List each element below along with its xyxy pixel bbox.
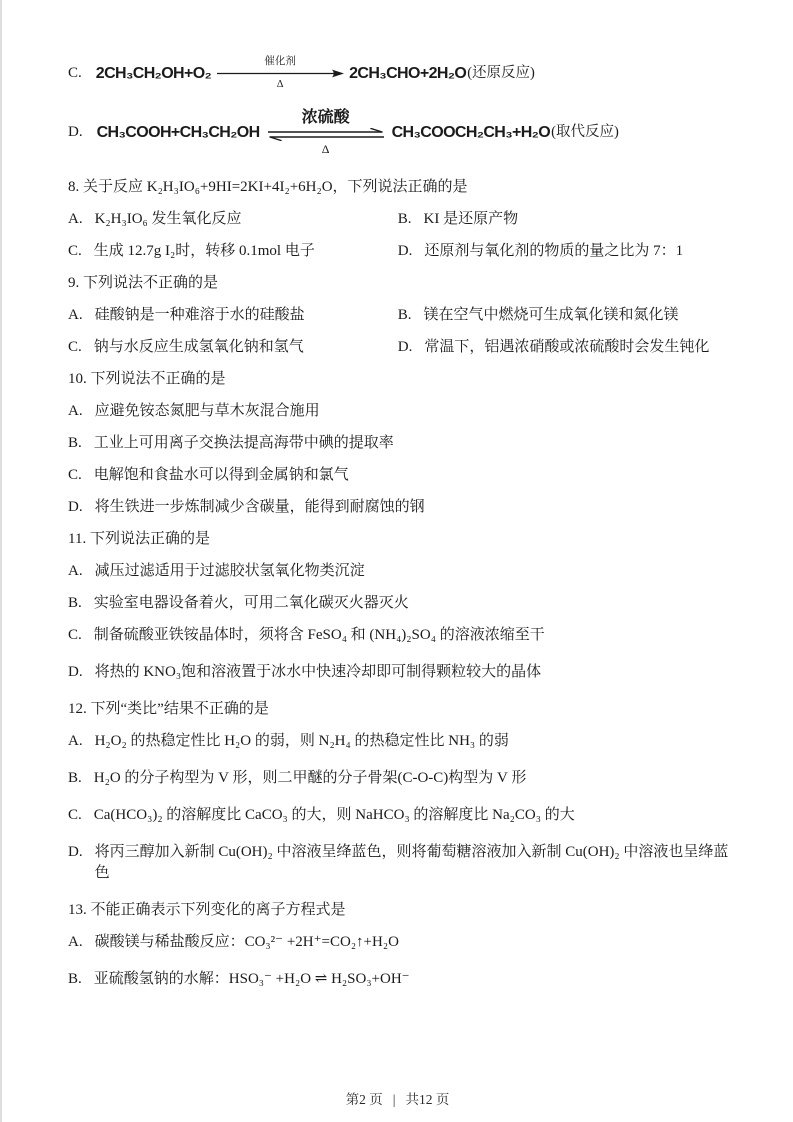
option-grid: A. K₂H₃IO₆ 发生氧化反应 B. KI 是还原产物 C. 生成 12.7… — [68, 209, 741, 273]
option-row: B. 实验室电器设备着火，可用二氧化碳灭火器灭火 — [68, 593, 741, 614]
forward-arrow-icon — [216, 69, 344, 78]
page-number: 第2 页 — [346, 1092, 383, 1107]
option-row: B. 工业上可用离子交换法提高海带中碘的提取率 — [68, 433, 741, 454]
option-row: C. Ca(HCO₃)₂ 的溶解度比 CaCO₃ 的大，则 NaHCO₃ 的溶解… — [68, 805, 741, 826]
option-text: 还原剂与氧化剂的物质的量之比为 7：1 — [424, 241, 741, 262]
option-label: A. — [68, 731, 83, 752]
option-label: D. — [398, 241, 413, 262]
option-label: B. — [68, 433, 82, 454]
option-label: D. — [68, 122, 83, 143]
option-row: B. H₂O 的分子构型为 V 形，则二甲醚的分子骨架(C-O-C)构型为 V … — [68, 768, 741, 789]
option-label: A. — [68, 561, 83, 582]
page-footer: 第2 页|共12 页 — [2, 1088, 793, 1108]
question-stem: 12. 下列“类比”结果不正确的是 — [68, 699, 741, 720]
option-text: 碳酸镁与稀盐酸反应：CO₃²⁻ +2H⁺=CO₂↑+H₂O — [95, 932, 741, 953]
option-text: 镁在空气中燃烧可生成氧化镁和氮化镁 — [424, 305, 741, 326]
option-text: 将生铁进一步炼制减少含碳量，能得到耐腐蚀的钢 — [95, 497, 741, 518]
option-row: C. 制备硫酸亚铁铵晶体时，须将含 FeSO₄ 和 (NH₄)₂SO₄ 的溶液浓… — [68, 625, 741, 646]
question-stem: 9. 下列说法不正确的是 — [68, 273, 741, 294]
option-row: A. 减压过滤适用于过滤胶状氢氧化物类沉淀 — [68, 561, 741, 582]
option-text: 将热的 KNO₃饱和溶液置于冰水中快速冷却即可制得颗粒较大的晶体 — [95, 662, 741, 683]
option-label: D. — [68, 497, 83, 518]
option-label: A. — [68, 209, 83, 230]
question-13: 13. 不能正确表示下列变化的离子方程式是 A. 碳酸镁与稀盐酸反应：CO₃²⁻… — [68, 900, 741, 990]
option-row: B. KI 是还原产物 — [398, 209, 741, 230]
option-label: B. — [68, 969, 82, 990]
equation-left: CH₃COOH+CH₃CH₂OH — [97, 122, 260, 143]
option-label: D. — [68, 662, 83, 683]
question-12: 12. 下列“类比”结果不正确的是 A. H₂O₂ 的热稳定性比 H₂O 的弱，… — [68, 699, 741, 884]
question-stem: 8. 关于反应 K₂H₃IO₆+9HI=2KI+4I₂+6H₂O，下列说法正确的… — [68, 177, 741, 198]
option-text: KI 是还原产物 — [424, 209, 741, 230]
equation-option-c: C. 2CH₃CH₂OH+O₂ 催化剂 Δ 2CH₃CHO+2H₂O (还原反应… — [68, 56, 741, 91]
option-text: 减压过滤适用于过滤胶状氢氧化物类沉淀 — [95, 561, 741, 582]
option-text: 亚硫酸氢钠的水解：HSO₃⁻ +H₂O ⇌ H₂SO₃+OH⁻ — [94, 969, 741, 990]
option-label: D. — [398, 337, 413, 358]
option-text: H₂O₂ 的热稳定性比 H₂O 的弱，则 N₂H₄ 的热稳定性比 NH₃ 的弱 — [95, 731, 741, 752]
option-label: A. — [68, 401, 83, 422]
option-text: 常温下，铝遇浓硝酸或浓硫酸时会发生钝化 — [424, 337, 741, 358]
equation-left: 2CH₃CH₂OH+O₂ — [96, 63, 211, 84]
page-total: 共12 页 — [405, 1092, 449, 1107]
option-row: A. 硅酸钠是一种难溶于水的硅酸盐 — [68, 305, 398, 326]
option-label: B. — [398, 305, 412, 326]
exam-page: C. 2CH₃CH₂OH+O₂ 催化剂 Δ 2CH₃CHO+2H₂O (还原反应… — [0, 0, 793, 1122]
option-text: 应避免铵态氮肥与草木灰混合施用 — [95, 401, 741, 422]
question-stem: 13. 不能正确表示下列变化的离子方程式是 — [68, 900, 741, 921]
option-row: C. 钠与水反应生成氢氧化钠和氢气 — [68, 337, 398, 358]
option-text: 钠与水反应生成氢氧化钠和氢气 — [94, 337, 398, 358]
option-text: 生成 12.7g I₂时，转移 0.1mol 电子 — [94, 241, 398, 262]
option-label: D. — [68, 842, 83, 884]
option-grid: A. 硅酸钠是一种难溶于水的硅酸盐 B. 镁在空气中燃烧可生成氧化镁和氮化镁 C… — [68, 305, 741, 369]
question-9: 9. 下列说法不正确的是 A. 硅酸钠是一种难溶于水的硅酸盐 B. 镁在空气中燃… — [68, 273, 741, 369]
option-row: D. 还原剂与氧化剂的物质的量之比为 7：1 — [398, 241, 741, 262]
option-label: A. — [68, 305, 83, 326]
equation-note: (还原反应) — [467, 63, 535, 84]
option-label: C. — [68, 625, 82, 646]
option-row: A. 碳酸镁与稀盐酸反应：CO₃²⁻ +2H⁺=CO₂↑+H₂O — [68, 932, 741, 953]
acid-label: 浓硫酸 — [302, 108, 350, 127]
option-text: 将丙三醇加入新制 Cu(OH)₂ 中溶液呈绛蓝色，则将葡萄糖溶液加入新制 Cu(… — [95, 842, 741, 884]
option-row: B. 亚硫酸氢钠的水解：HSO₃⁻ +H₂O ⇌ H₂SO₃+OH⁻ — [68, 969, 741, 990]
question-stem: 11. 下列说法正确的是 — [68, 529, 741, 550]
catalyst-label: 催化剂 — [264, 56, 296, 68]
question-stem: 10. 下列说法不正确的是 — [68, 369, 741, 390]
delta-label: Δ — [322, 142, 330, 156]
option-row: C. 生成 12.7g I₂时，转移 0.1mol 电子 — [68, 241, 398, 262]
option-row: A. K₂H₃IO₆ 发生氧化反应 — [68, 209, 398, 230]
option-row: D. 常温下，铝遇浓硝酸或浓硫酸时会发生钝化 — [398, 337, 741, 358]
question-10: 10. 下列说法不正确的是 A. 应避免铵态氮肥与草木灰混合施用 B. 工业上可… — [68, 369, 741, 518]
equilibrium-arrow-icon — [265, 128, 387, 141]
footer-divider: | — [393, 1092, 396, 1107]
option-label: C. — [68, 63, 82, 84]
option-text: 制备硫酸亚铁铵晶体时，须将含 FeSO₄ 和 (NH₄)₂SO₄ 的溶液浓缩至干 — [94, 625, 741, 646]
option-row: A. H₂O₂ 的热稳定性比 H₂O 的弱，则 N₂H₄ 的热稳定性比 NH₃ … — [68, 731, 741, 752]
option-text: 电解饱和食盐水可以得到金属钠和氯气 — [94, 465, 741, 486]
option-row: D. 将生铁进一步炼制减少含碳量，能得到耐腐蚀的钢 — [68, 497, 741, 518]
option-text: 实验室电器设备着火，可用二氧化碳灭火器灭火 — [94, 593, 741, 614]
option-label: C. — [68, 465, 82, 486]
equation-right: 2CH₃CHO+2H₂O — [349, 63, 466, 84]
option-label: B. — [398, 209, 412, 230]
option-row: D. 将热的 KNO₃饱和溶液置于冰水中快速冷却即可制得颗粒较大的晶体 — [68, 662, 741, 683]
option-row: A. 应避免铵态氮肥与草木灰混合施用 — [68, 401, 741, 422]
exam-content: C. 2CH₃CH₂OH+O₂ 催化剂 Δ 2CH₃CHO+2H₂O (还原反应… — [2, 0, 793, 990]
option-text: 工业上可用离子交换法提高海带中碘的提取率 — [94, 433, 741, 454]
option-label: B. — [68, 768, 82, 789]
option-row: B. 镁在空气中燃烧可生成氧化镁和氮化镁 — [398, 305, 741, 326]
equation-note: (取代反应) — [551, 122, 619, 143]
option-label: C. — [68, 805, 82, 826]
option-row: C. 电解饱和食盐水可以得到金属钠和氯气 — [68, 465, 741, 486]
equation-option-d: D. CH₃COOH+CH₃CH₂OH 浓硫酸 Δ CH₃COOCH₂CH₃+H… — [68, 108, 741, 156]
question-8: 8. 关于反应 K₂H₃IO₆+9HI=2KI+4I₂+6H₂O，下列说法正确的… — [68, 177, 741, 273]
option-text: Ca(HCO₃)₂ 的溶解度比 CaCO₃ 的大，则 NaHCO₃ 的溶解度比 … — [94, 805, 741, 826]
option-label: C. — [68, 241, 82, 262]
option-label: B. — [68, 593, 82, 614]
option-text: 硅酸钠是一种难溶于水的硅酸盐 — [95, 305, 398, 326]
equation-right: CH₃COOCH₂CH₃+H₂O — [392, 122, 551, 143]
reaction-condition-stack: 催化剂 Δ — [216, 56, 344, 91]
option-label: C. — [68, 337, 82, 358]
reaction-condition-stack: 浓硫酸 Δ — [265, 108, 387, 156]
option-label: A. — [68, 932, 83, 953]
option-text: H₂O 的分子构型为 V 形，则二甲醚的分子骨架(C-O-C)构型为 V 形 — [94, 768, 741, 789]
question-11: 11. 下列说法正确的是 A. 减压过滤适用于过滤胶状氢氧化物类沉淀 B. 实验… — [68, 529, 741, 683]
option-text: K₂H₃IO₆ 发生氧化反应 — [95, 209, 398, 230]
delta-label: Δ — [277, 79, 284, 91]
option-row: D. 将丙三醇加入新制 Cu(OH)₂ 中溶液呈绛蓝色，则将葡萄糖溶液加入新制 … — [68, 842, 741, 884]
